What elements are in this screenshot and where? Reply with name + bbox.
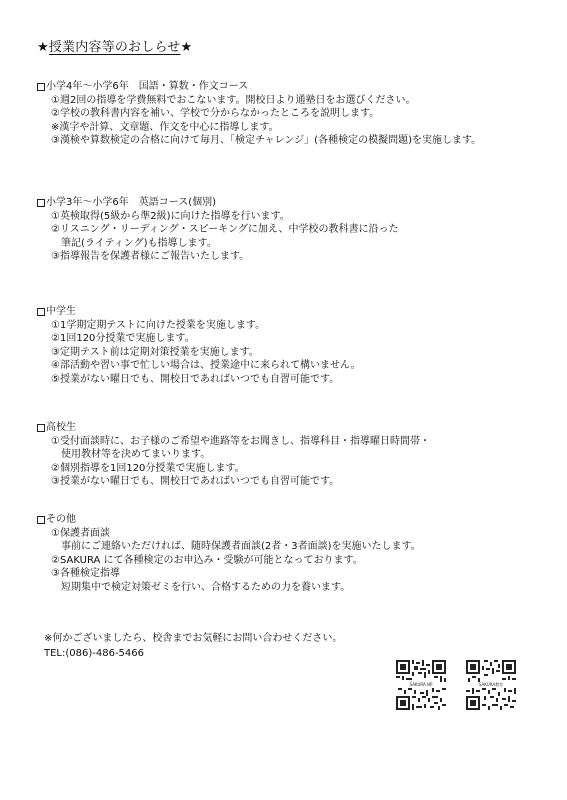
list-item: ③漢検や算数検定の合格に向けて毎月、「検定チャレンジ」(各種検定の模擬問題)を実… [37, 134, 481, 148]
title-text: 授業内容等のおしらせ [49, 40, 181, 55]
list-item: ②個別指導を1回120分授業で実施します。 [37, 462, 430, 476]
checkbox-square-icon [37, 424, 45, 432]
qr-code-homepage[interactable]: SAKURA HP [396, 660, 446, 710]
list-item: ③各種検定指導 [37, 567, 421, 581]
contact-note: ※何かございましたら、校舎までお気軽にお問い合わせください。 [44, 632, 342, 647]
checkbox-square-icon [37, 516, 45, 524]
checkbox-square-icon [37, 308, 45, 316]
section-other: その他 ①保護者面談 事前にご連絡いただければ、随時保護者面談(2者・3者面談)… [37, 513, 421, 595]
qr-code-classroom[interactable]: SAKURA教室 [466, 660, 516, 710]
section-junior-high: 中学生 ①1学期定期テストに向けた授業を実施します。 ②1回120分授業で実施し… [37, 305, 361, 387]
page-title: ★授業内容等のおしらせ★ [37, 36, 192, 55]
list-item: ③定期テスト前は定期対策授業を実施します。 [37, 346, 361, 360]
list-item: ④部活動や習い事で忙しい場合は、授業途中に来られて構いません。 [37, 359, 361, 373]
section-high-school: 高校生 ①受付面談時に、お子様のご希望や進路等をお聞きし、指導科目・指導曜日時間… [37, 421, 430, 489]
list-item: ③授業がない曜日でも、開校日であればいつでも自習可能です。 [37, 475, 430, 489]
qr-label: SAKURA教室 [472, 682, 510, 688]
list-item: ②1回120分授業で実施します。 [37, 332, 361, 346]
checkbox-square-icon [37, 199, 45, 207]
list-item: ②SAKURA にて各種検定のお申込み・受験が可能となっております。 [37, 554, 421, 568]
list-item-continuation: 筆記(ライティング)も指導します。 [37, 237, 398, 251]
section-heading: 高校生 [46, 421, 76, 435]
list-item: ①受付面談時に、お子様のご希望や進路等をお聞きし、指導科目・指導曜日時間帯・ [37, 435, 430, 449]
section-elementary-english: 小学3年～小学6年 英語コース(個別) ①英検取得(5級から準2級)に向けた指導… [37, 196, 398, 264]
star-icon: ★ [37, 40, 49, 55]
section-elementary-japanese-math: 小学4年～小学6年 国語・算数・作文コース ①週2回の指導を学費無料でおこないま… [37, 80, 481, 148]
list-item-continuation: 短期集中で検定対策ゼミを行い、合格するための力を養います。 [37, 581, 421, 595]
qr-label: SAKURA HP [402, 682, 440, 688]
list-item: ①1学期定期テストに向けた授業を実施します。 [37, 319, 361, 333]
notice-document: ★授業内容等のおしらせ★ 小学4年～小学6年 国語・算数・作文コース ①週2回の… [0, 0, 567, 800]
list-item-continuation: 使用教材等を決めてまいります。 [37, 448, 430, 462]
list-item: ②リスニング・リーディング・スピーキングに加え、中学校の教科書に沿った [37, 223, 398, 237]
list-item-continuation: 事前にご連絡いただければ、随時保護者面談(2者・3者面談)を実施いたします。 [37, 540, 421, 554]
list-item: ①英検取得(5級から準2級)に向けた指導を行います。 [37, 210, 398, 224]
section-heading: その他 [46, 513, 76, 527]
contact-footer: ※何かございましたら、校舎までお気軽にお問い合わせください。 TEL:(086)… [44, 632, 342, 661]
star-icon: ★ [180, 40, 192, 55]
section-heading: 小学3年～小学6年 英語コース(個別) [46, 196, 216, 210]
list-item: ①保護者面談 [37, 527, 421, 541]
list-item: ※漢字や計算、文章題、作文を中心に指導します。 [37, 121, 481, 135]
list-item: ③指導報告を保護者様にご報告いたします。 [37, 250, 398, 264]
section-heading: 小学4年～小学6年 国語・算数・作文コース [46, 80, 248, 94]
checkbox-square-icon [37, 83, 45, 91]
list-item: ⑤授業がない曜日でも、開校日であればいつでも自習可能です。 [37, 373, 361, 387]
list-item: ②学校の教科書内容を補い、学校で分からなかったところを説明します。 [37, 107, 481, 121]
section-heading: 中学生 [46, 305, 76, 319]
list-item: ①週2回の指導を学費無料でおこないます。開校日より通塾日をお選びください。 [37, 94, 481, 108]
phone-number: TEL:(086)-486-5466 [44, 647, 342, 662]
